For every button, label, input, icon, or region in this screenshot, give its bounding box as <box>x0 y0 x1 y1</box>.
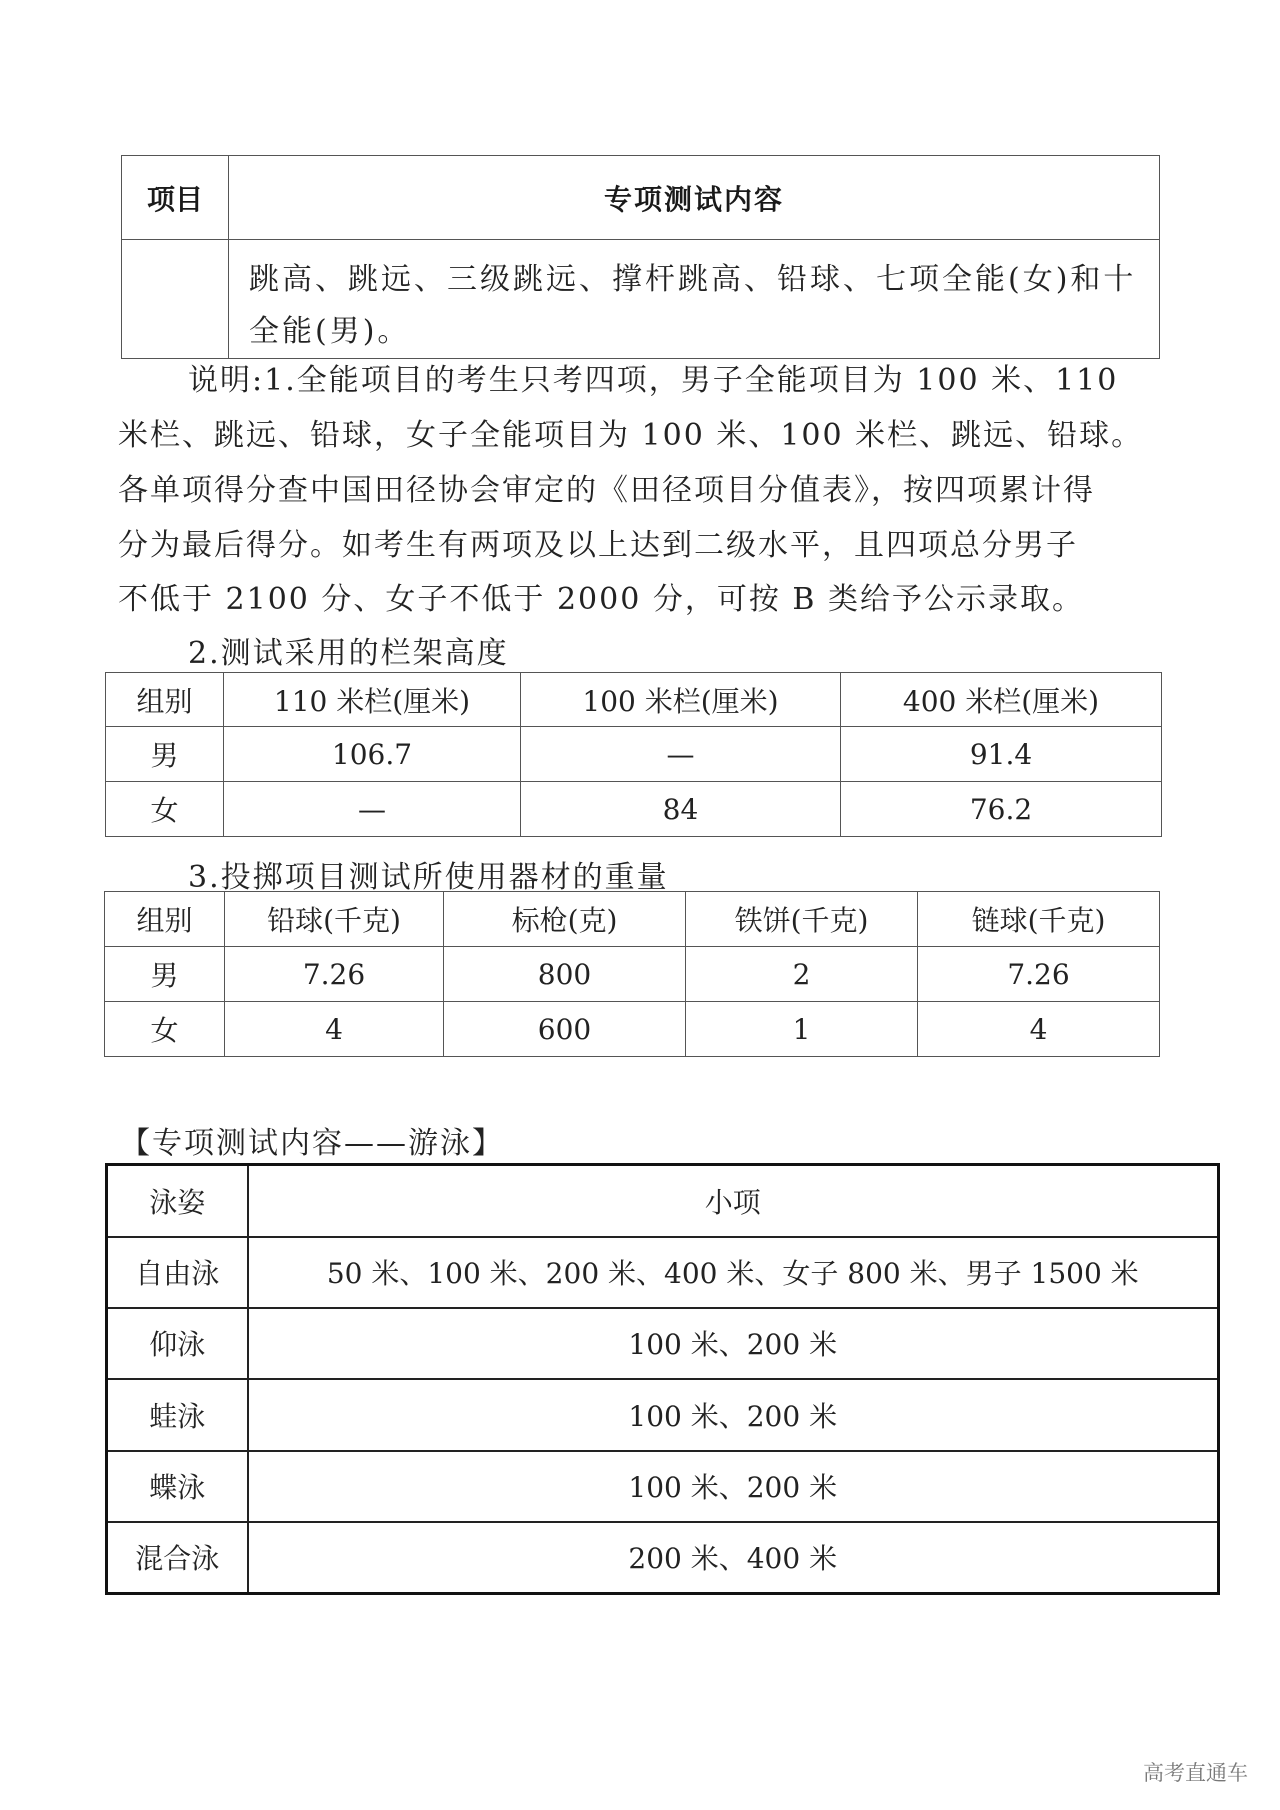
cell-stroke: 仰泳 <box>107 1308 248 1379</box>
table-header-row: 组别 铅球(千克) 标枪(克) 铁饼(千克) 链球(千克) <box>105 892 1160 947</box>
cell-item <box>122 240 229 359</box>
throwing-weight-table: 组别 铅球(千克) 标枪(克) 铁饼(千克) 链球(千克) 男 7.26 800… <box>104 891 1160 1057</box>
header-content: 专项测试内容 <box>229 156 1160 240</box>
swimming-events-table: 泳姿 小项 自由泳 50 米、100 米、200 米、400 米、女子 800 … <box>105 1163 1220 1595</box>
cell-events: 50 米、100 米、200 米、400 米、女子 800 米、男子 1500 … <box>248 1237 1219 1308</box>
header-item: 项目 <box>122 156 229 240</box>
table-row-male: 男 7.26 800 2 7.26 <box>105 947 1160 1002</box>
cell-value: 106.7 <box>224 727 521 782</box>
cell-value: 800 <box>444 947 686 1002</box>
header-javelin: 标枪(克) <box>444 892 686 947</box>
header-400m-hurdle: 400 米栏(厘米) <box>841 673 1162 727</box>
cell-value: 1 <box>686 1002 918 1057</box>
table-row-butterfly: 蝶泳 100 米、200 米 <box>107 1451 1219 1522</box>
table-header-row: 组别 110 米栏(厘米) 100 米栏(厘米) 400 米栏(厘米) <box>106 673 1162 727</box>
cell-stroke: 蛙泳 <box>107 1379 248 1451</box>
cell-value: 7.26 <box>225 947 444 1002</box>
cell-group: 男 <box>106 727 224 782</box>
header-group: 组别 <box>105 892 225 947</box>
cell-value: 600 <box>444 1002 686 1057</box>
cell-events: 200 米、400 米 <box>248 1522 1219 1594</box>
swim-section-title: 【专项测试内容——游泳】 <box>120 1118 504 1162</box>
cell-value: 4 <box>225 1002 444 1057</box>
header-group: 组别 <box>106 673 224 727</box>
cell-value: 84 <box>521 782 841 837</box>
note-1-line-3: 各单项得分查中国田径协会审定的《田径项目分值表》，按四项累计得 <box>118 463 1095 518</box>
note-1-line-1: 说明:1.全能项目的考生只考四项，男子全能项目为 100 米、110 <box>188 353 1118 408</box>
cell-events: 100 米、200 米 <box>248 1379 1219 1451</box>
table-row-female: 女 4 600 1 4 <box>105 1002 1160 1057</box>
hurdle-height-table: 组别 110 米栏(厘米) 100 米栏(厘米) 400 米栏(厘米) 男 10… <box>105 672 1162 837</box>
header-stroke: 泳姿 <box>107 1165 248 1237</box>
cell-content: 跳高、跳远、三级跳远、撑杆跳高、铅球、七项全能(女)和十全能(男)。 <box>229 240 1160 359</box>
cell-group: 男 <box>105 947 225 1002</box>
header-100m-hurdle: 100 米栏(厘米) <box>521 673 841 727</box>
cell-value: — <box>521 727 841 782</box>
cell-stroke: 混合泳 <box>107 1522 248 1594</box>
table-row-breaststroke: 蛙泳 100 米、200 米 <box>107 1379 1219 1451</box>
table-header-row: 泳姿 小项 <box>107 1165 1219 1237</box>
cell-value: 2 <box>686 947 918 1002</box>
note-3-title: 3.投掷项目测试所使用器材的重量 <box>188 852 669 896</box>
header-hammer: 链球(千克) <box>918 892 1160 947</box>
note-1-line-4: 分为最后得分。如考生有两项及以上达到二级水平，且四项总分男子 <box>118 518 1078 573</box>
header-110m-hurdle: 110 米栏(厘米) <box>224 673 521 727</box>
cell-value: 7.26 <box>918 947 1160 1002</box>
cell-group: 女 <box>106 782 224 837</box>
table-header-row: 项目 专项测试内容 <box>122 156 1160 240</box>
cell-value: 91.4 <box>841 727 1162 782</box>
cell-stroke: 蝶泳 <box>107 1451 248 1522</box>
table-row-male: 男 106.7 — 91.4 <box>106 727 1162 782</box>
table-row-female: 女 — 84 76.2 <box>106 782 1162 837</box>
header-shot-put: 铅球(千克) <box>225 892 444 947</box>
cell-stroke: 自由泳 <box>107 1237 248 1308</box>
table-row-backstroke: 仰泳 100 米、200 米 <box>107 1308 1219 1379</box>
header-events: 小项 <box>248 1165 1219 1237</box>
note-2-title: 2.测试采用的栏架高度 <box>188 628 509 672</box>
cell-events: 100 米、200 米 <box>248 1308 1219 1379</box>
table-row-medley: 混合泳 200 米、400 米 <box>107 1522 1219 1594</box>
cell-group: 女 <box>105 1002 225 1057</box>
note-1-line-2: 米栏、跳远、铅球，女子全能项目为 100 米、100 米栏、跳远、铅球。 <box>118 408 1143 463</box>
note-1-line-5: 不低于 2100 分、女子不低于 2000 分，可按 B 类给予公示录取。 <box>118 572 1084 627</box>
cell-value: 4 <box>918 1002 1160 1057</box>
table-row-freestyle: 自由泳 50 米、100 米、200 米、400 米、女子 800 米、男子 1… <box>107 1237 1219 1308</box>
cell-events: 100 米、200 米 <box>248 1451 1219 1522</box>
cell-value: 76.2 <box>841 782 1162 837</box>
track-field-events-table: 项目 专项测试内容 跳高、跳远、三级跳远、撑杆跳高、铅球、七项全能(女)和十全能… <box>121 155 1160 359</box>
cell-value: — <box>224 782 521 837</box>
header-discus: 铁饼(千克) <box>686 892 918 947</box>
table-row: 跳高、跳远、三级跳远、撑杆跳高、铅球、七项全能(女)和十全能(男)。 <box>122 240 1160 359</box>
watermark: 高考直通车 <box>1143 1757 1248 1787</box>
